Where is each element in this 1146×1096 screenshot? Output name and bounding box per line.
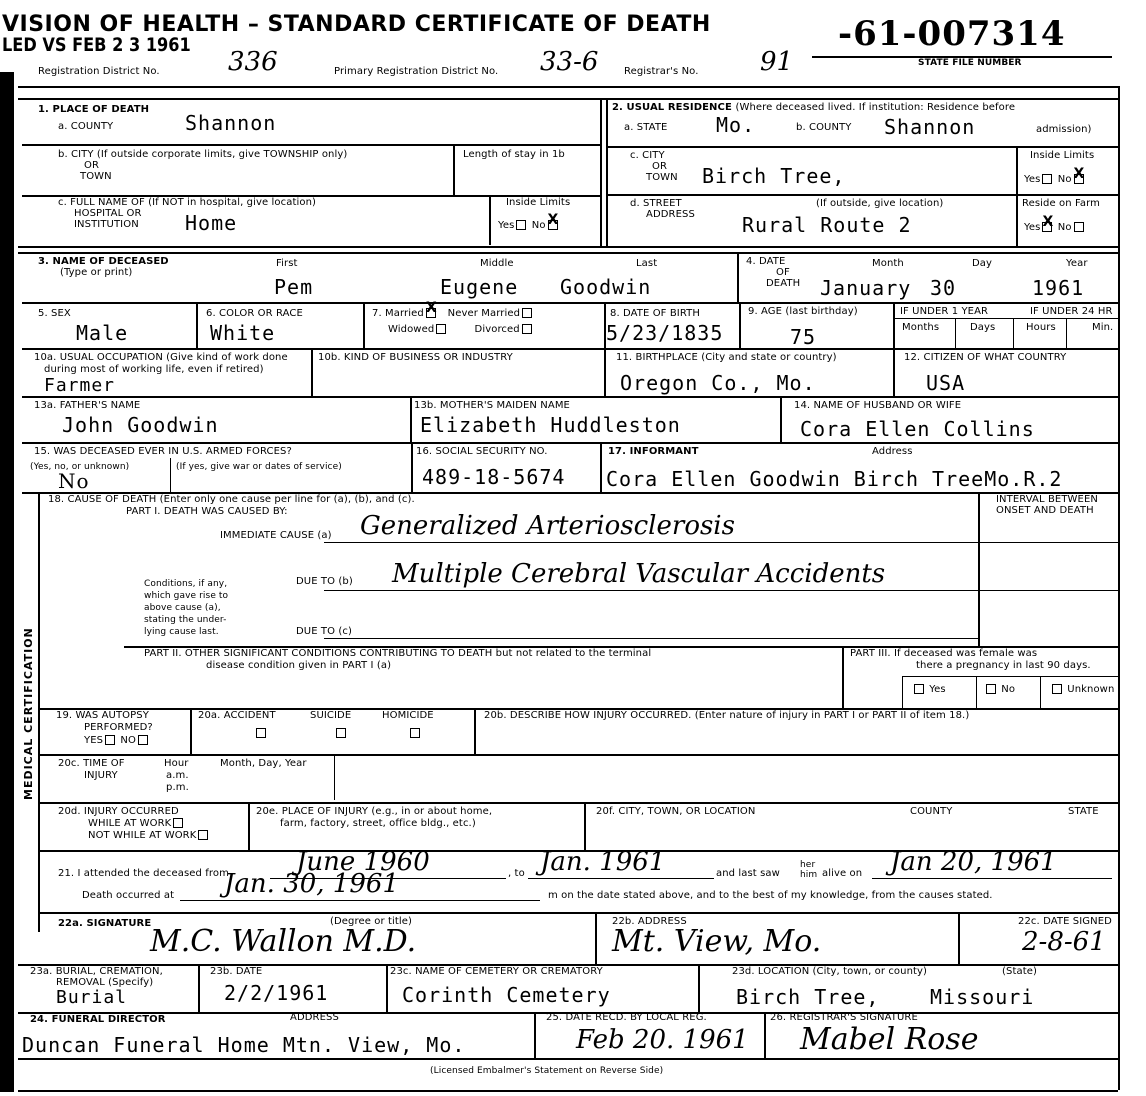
divider [38,912,1118,914]
divider [22,348,1118,350]
burial-state-value: Missouri [930,986,1034,1008]
residence-inside-limits-checkboxes: Yes No [1024,174,1086,185]
informant-label: 17. INFORMANT [608,446,699,457]
hospital-label-3: INSTITUTION [74,219,139,230]
divider [764,1012,766,1058]
usual-residence-title: 2. USUAL RESIDENCE [612,102,732,113]
divider [248,802,250,850]
autopsy-no-checkbox[interactable] [138,735,148,745]
burial-state-label: (State) [1002,966,1037,977]
date-received-value: Feb 20. 1961 [576,1026,749,1054]
usual-residence-heading: 2. USUAL RESIDENCE (Where deceased lived… [612,102,1015,113]
dob-value: 5/23/1835 [606,322,723,344]
divider [872,878,1112,879]
divider [18,1058,1118,1060]
under-24-hr-label: IF UNDER 24 HR [1030,306,1113,317]
divider [474,708,476,754]
not-while-at-work-checkbox[interactable] [198,830,208,840]
divider [18,98,1118,100]
inside-limits-no-checkbox[interactable] [548,220,558,230]
month-label: Month [872,258,904,269]
street-label-2: ADDRESS [646,209,695,220]
part2-label: PART II. OTHER SIGNIFICANT CONDITIONS CO… [144,648,651,659]
married-checkbox[interactable] [426,308,436,318]
physician-signature: M.C. Wallon M.D. [150,928,416,956]
registrar-no-label: Registrar's No. [624,66,699,77]
alive-on-label: alive on [822,868,862,879]
divider [1066,318,1067,348]
first-name: Pem [274,276,313,298]
minutes-label: Min. [1092,322,1113,333]
father-label: 13a. FATHER'S NAME [34,400,140,411]
ssn-label: 16. SOCIAL SECURITY NO. [416,446,548,457]
death-occurred-label: Death occurred at [82,890,174,901]
farm-checkboxes: Yes No [1024,222,1086,233]
date-signed-value: 2-8-61 [1022,928,1106,956]
mother-label: 13b. MOTHER'S MAIDEN NAME [414,400,570,411]
residence-inside-yes-checkbox[interactable] [1042,174,1052,184]
street-note: (If outside, give location) [816,198,943,209]
dob-label: 8. DATE OF BIRTH [610,308,700,319]
sex-label: 5. SEX [38,308,71,319]
length-of-stay-label: Length of stay in 1b [463,149,565,160]
divider [18,252,1118,254]
ssn-value: 489-18-5674 [422,466,565,488]
race-label: 6. COLOR OR RACE [206,308,303,319]
birthplace-value: Oregon Co., Mo. [620,372,816,394]
divider [698,964,700,1012]
hospital-label: c. FULL NAME OF (If NOT in hospital, giv… [58,197,316,208]
attended-to-value: Jan. 1961 [540,848,665,876]
signature-label: 22a. SIGNATURE [58,918,151,929]
death-occurred-value: Jan. 30, 1961 [224,870,399,898]
divider [198,964,200,1012]
divider [22,144,600,146]
last-saw-label: and last saw [716,868,780,879]
pregnancy-unknown-label: Unknown [1067,684,1114,695]
occupation-label-2: during most of working life, even if ret… [44,364,264,375]
cemetery-value: Corinth Cemetery [402,984,611,1006]
place-of-death-county: Shannon [185,112,276,134]
usual-residence-note: (Where deceased lived. If institution: R… [736,102,1016,113]
father-value: John Goodwin [62,414,219,436]
mother-value: Elizabeth Huddleston [420,414,681,436]
divider [600,442,602,492]
first-name-label: First [276,258,298,269]
suicide-label: SUICIDE [310,710,351,721]
hour-label: Hour [164,758,189,769]
conditions-note: Conditions, if any, which gave rise to a… [144,578,264,638]
date-death-label: DEATH [766,278,800,289]
divider [606,194,1118,196]
divider [410,396,412,442]
immediate-cause-label: IMMEDIATE CAUSE (a) [220,530,332,541]
while-at-work-label: WHILE AT WORK [88,818,171,829]
pregnancy-no-checkbox[interactable] [986,684,996,694]
conditions-note-line: Conditions, if any, [144,578,264,590]
filed-stamp: LED VS FEB 2 3 1961 [2,34,191,56]
homicide-label: HOMICIDE [382,710,434,721]
due-to-c-label: DUE TO (c) [296,626,352,637]
spouse-label: 14. NAME OF HUSBAND OR WIFE [794,400,961,411]
county-label: a. COUNTY [58,121,113,132]
hospital-value: Home [185,212,237,234]
divider [606,98,608,246]
accident-label: 20a. ACCIDENT [198,710,276,721]
while-at-work-checkbox[interactable] [173,818,183,828]
farm-no-checkbox[interactable] [1074,222,1084,232]
him-label: him [800,870,817,880]
divider [737,252,739,302]
not-while-at-work-label: NOT WHILE AT WORK [88,830,196,841]
her-label: her [800,860,815,870]
sex-value: Male [76,322,128,344]
divider [780,396,782,442]
divider [584,802,586,850]
residence-inside-limits-label: Inside Limits [1030,150,1094,161]
divider [386,964,388,1012]
last-name: Goodwin [560,276,651,298]
divider [38,802,1118,804]
burial-type-value: Burial [56,987,127,1009]
conditions-note-line: stating the under- [144,614,264,626]
part1-label: PART I. DEATH WAS CAUSED BY: [126,506,288,517]
autopsy-label: 19. WAS AUTOPSY [56,710,149,721]
am-label: a.m. [166,770,189,781]
occupation-label: 10a. USUAL OCCUPATION (Give kind of work… [34,352,288,363]
pregnancy-yes-checkbox[interactable] [914,684,924,694]
middle-name: Eugene [440,276,518,298]
age-label: 9. AGE (last birthday) [748,306,858,317]
burial-location-label: 23d. LOCATION (City, town, or county) [732,966,927,977]
inside-limits-checkboxes: Yes No [498,220,560,231]
divider [196,302,198,348]
marital-row-1: 7. Married Never Married [372,308,534,319]
yes-label: Yes [498,220,514,231]
name-sublabel: (Type or print) [60,267,132,278]
residence-inside-no-checkbox[interactable] [1074,174,1084,184]
injury-state-label: STATE [1068,806,1099,817]
divider [334,754,335,800]
divider [324,590,980,591]
marital-row-2: Widowed Divorced [388,324,534,335]
citizen-value: USA [926,372,965,394]
injury-at-work-label: 20d. INJURY OCCURRED [58,806,179,817]
cause-heading: 18. CAUSE OF DEATH [48,494,156,505]
widowed-label: Widowed [388,324,434,335]
no-label: No [1058,174,1072,185]
interval-label-2: ONSET AND DEATH [996,505,1094,516]
residence-state: Mo. [716,114,755,136]
time-of-injury-label-2: INJURY [84,770,118,781]
age-value: 75 [790,326,816,348]
divider [1013,318,1014,348]
medical-certification-label: MEDICAL CERTIFICATION [22,627,35,800]
place-of-injury-label: 20e. PLACE OF INJURY (e.g., in or about … [256,806,492,817]
year-label: Year [1066,258,1088,269]
city-or-label: OR [84,160,99,171]
divider [489,195,491,245]
divider [595,912,597,964]
business-label: 10b. KIND OF BUSINESS OR INDUSTRY [318,352,513,363]
armed-forces-label: 15. WAS DECEASED EVER IN U.S. ARMED FORC… [34,446,292,457]
days-label: Days [970,322,995,333]
funeral-director-address-label: ADDRESS [290,1012,339,1023]
widowed-checkbox[interactable] [436,324,446,334]
last-name-label: Last [636,258,657,269]
divider [18,86,1118,88]
divider [902,676,1118,677]
attended-to-label: , to [508,868,525,879]
immediate-cause-value: Generalized Arteriosclerosis [360,512,735,540]
race-value: White [210,322,275,344]
divider [411,442,413,492]
burial-type-label: 23a. BURIAL, CREMATION, [30,966,163,977]
divider [1118,86,1120,1090]
hospital-label-2: HOSPITAL OR [74,208,142,219]
pregnancy-yes-label: Yes [929,684,945,695]
divider [976,676,977,708]
spouse-value: Cora Ellen Collins [800,418,1035,440]
registrar-signature: Mabel Rose [800,1026,979,1054]
farm-label: Reside on Farm [1022,198,1100,209]
divider [978,590,1118,591]
conditions-note-line: above cause (a), [144,602,264,614]
date-received-label: 25. DATE RECD. BY LOCAL REG. [546,1012,707,1023]
place-of-death-heading: 1. PLACE OF DEATH [38,104,149,115]
divider [978,542,1118,543]
due-to-b-label: DUE TO (b) [296,576,353,587]
divider [170,458,171,492]
divider [324,638,980,639]
autopsy-no-label: NO [120,735,136,746]
divider [534,1012,536,1058]
date-label: 4. DATE [746,256,785,267]
citizen-label: 12. CITIZEN OF WHAT COUNTRY [904,352,1066,363]
cause-note: (Enter only one cause per line for (a), … [160,494,415,505]
divider [22,302,1118,304]
divider [38,754,1118,756]
pm-label: p.m. [166,782,189,793]
divider [1016,146,1018,246]
funeral-director-label: 24. FUNERAL DIRECTOR [30,1014,166,1025]
divider [893,318,1118,319]
primary-district-label: Primary Registration District No. [334,66,498,77]
residence-street: Rural Route 2 [742,214,912,236]
yes-label: Yes [1024,174,1040,185]
divider [22,396,1118,398]
inside-limits-yes-checkbox[interactable] [516,220,526,230]
registration-district-value: 336 [228,48,278,76]
cemetery-label: 23c. NAME OF CEMETERY OR CREMATORY [390,966,603,977]
usual-residence-note-2: admission) [1036,124,1092,135]
death-year: 1961 [1032,277,1084,299]
death-month: January [820,277,911,299]
funeral-director-value: Duncan Funeral Home Mtn. View, Mo. [22,1034,465,1056]
married-label: 7. Married [372,308,424,319]
months-label: Months [902,322,939,333]
divider [978,492,980,646]
divider [38,492,40,932]
time-of-injury-label: 20c. TIME OF [58,758,125,769]
conditions-note-line: which gave rise to [144,590,264,602]
divider [311,348,313,396]
divider [958,912,960,964]
place-of-injury-label-2: farm, factory, street, office bldg., etc… [280,818,476,829]
never-married-checkbox[interactable] [522,308,532,318]
state-file-number: -61-007314 [838,14,1065,54]
residence-county-label: b. COUNTY [796,122,851,133]
divider [955,318,956,348]
divorced-label: Divorced [475,324,520,335]
suicide-checkbox[interactable] [336,728,346,738]
residence-city-label: c. CITY [630,150,665,161]
hours-label: Hours [1026,322,1056,333]
autopsy-label-2: PERFORMED? [84,722,153,733]
residence-city: Birch Tree, [702,165,845,187]
divider [324,542,980,543]
farm-yes-checkbox[interactable] [1042,222,1052,232]
date-of-label: OF [776,267,790,278]
homicide-checkbox[interactable] [410,728,420,738]
injury-city-label: 20f. CITY, TOWN, OR LOCATION [596,806,755,817]
footer-note: (Licensed Embalmer's Statement on Revers… [430,1066,663,1076]
divider [22,442,1118,444]
divider [528,878,714,879]
burial-date-value: 2/2/1961 [224,982,328,1004]
middle-name-label: Middle [480,258,514,269]
under-1-year-label: IF UNDER 1 YEAR [900,306,988,317]
divider [18,1090,1118,1092]
part2-sublabel: disease condition given in PART I (a) [206,660,391,671]
informant-address-label: Address [872,446,913,457]
divorced-checkbox[interactable] [522,324,532,334]
divider [180,900,540,901]
occupation-value: Farmer [44,375,115,397]
part3-label: PART III. If deceased was female was [850,648,1037,659]
death-day: 30 [930,277,956,299]
primary-district-value: 33-6 [540,48,598,76]
divider [902,676,903,708]
residence-city-or: OR [652,161,667,172]
yes-label: Yes [1024,222,1040,233]
state-file-number-label: STATE FILE NUMBER [918,58,1022,68]
injury-county-label: COUNTY [910,806,952,817]
residence-city-town: TOWN [646,172,678,183]
never-married-label: Never Married [448,308,520,319]
registration-district-label: Registration District No. [38,66,160,77]
date-signed-label: 22c. DATE SIGNED [1018,916,1112,927]
conditions-note-line: lying cause last. [144,626,264,638]
last-saw-value: Jan 20, 1961 [890,848,1057,876]
divider [842,646,844,708]
autopsy-yes-checkbox[interactable] [105,735,115,745]
pregnancy-unknown-checkbox[interactable] [1052,684,1062,694]
registrar-no-value: 91 [760,48,793,76]
street-label: d. STREET [630,198,682,209]
accident-checkbox[interactable] [256,728,266,738]
due-to-b-value: Multiple Cerebral Vascular Accidents [392,560,885,588]
burial-date-label: 23b. DATE [210,966,262,977]
autopsy-yes-label: YES [84,735,103,746]
divider [739,302,741,348]
part3-sublabel: there a pregnancy in last 90 days. [916,660,1091,671]
no-label: No [532,220,546,231]
name-label: 3. NAME OF DECEASED [38,256,169,267]
no-label: No [1058,222,1072,233]
divider [600,98,602,246]
interval-label: INTERVAL BETWEEN [996,494,1098,505]
divider [453,144,455,196]
month-day-year-label: Month, Day, Year [220,758,307,769]
residence-county: Shannon [884,116,975,138]
divider [190,708,192,754]
inside-limits-label: Inside Limits [506,197,570,208]
divider [18,246,1118,248]
informant-value: Cora Ellen Goodwin Birch TreeMo.R.2 [606,468,1062,490]
pregnancy-no-label: No [1001,684,1015,695]
state-label: a. STATE [624,122,667,133]
divider [606,146,1118,148]
day-label: Day [972,258,992,269]
burial-location-value: Birch Tree, [736,986,879,1008]
birthplace-label: 11. BIRTHPLACE (City and state or countr… [616,352,837,363]
divider [1040,676,1041,708]
city-label: b. CITY (If outside corporate limits, gi… [58,149,347,160]
attended-label: 21. I attended the deceased from [58,868,229,879]
death-occurred-suffix: m on the date stated above, and to the b… [548,890,993,901]
city-town-label: TOWN [80,171,112,182]
injury-description-label: 20b. DESCRIBE HOW INJURY OCCURRED. (Ente… [484,710,969,721]
armed-value: No [58,470,90,492]
physician-address: Mt. View, Mo. [612,928,821,956]
armed-sub-2: (If yes, give war or dates of service) [176,462,342,472]
scan-edge [0,72,14,1092]
divider [363,302,365,348]
